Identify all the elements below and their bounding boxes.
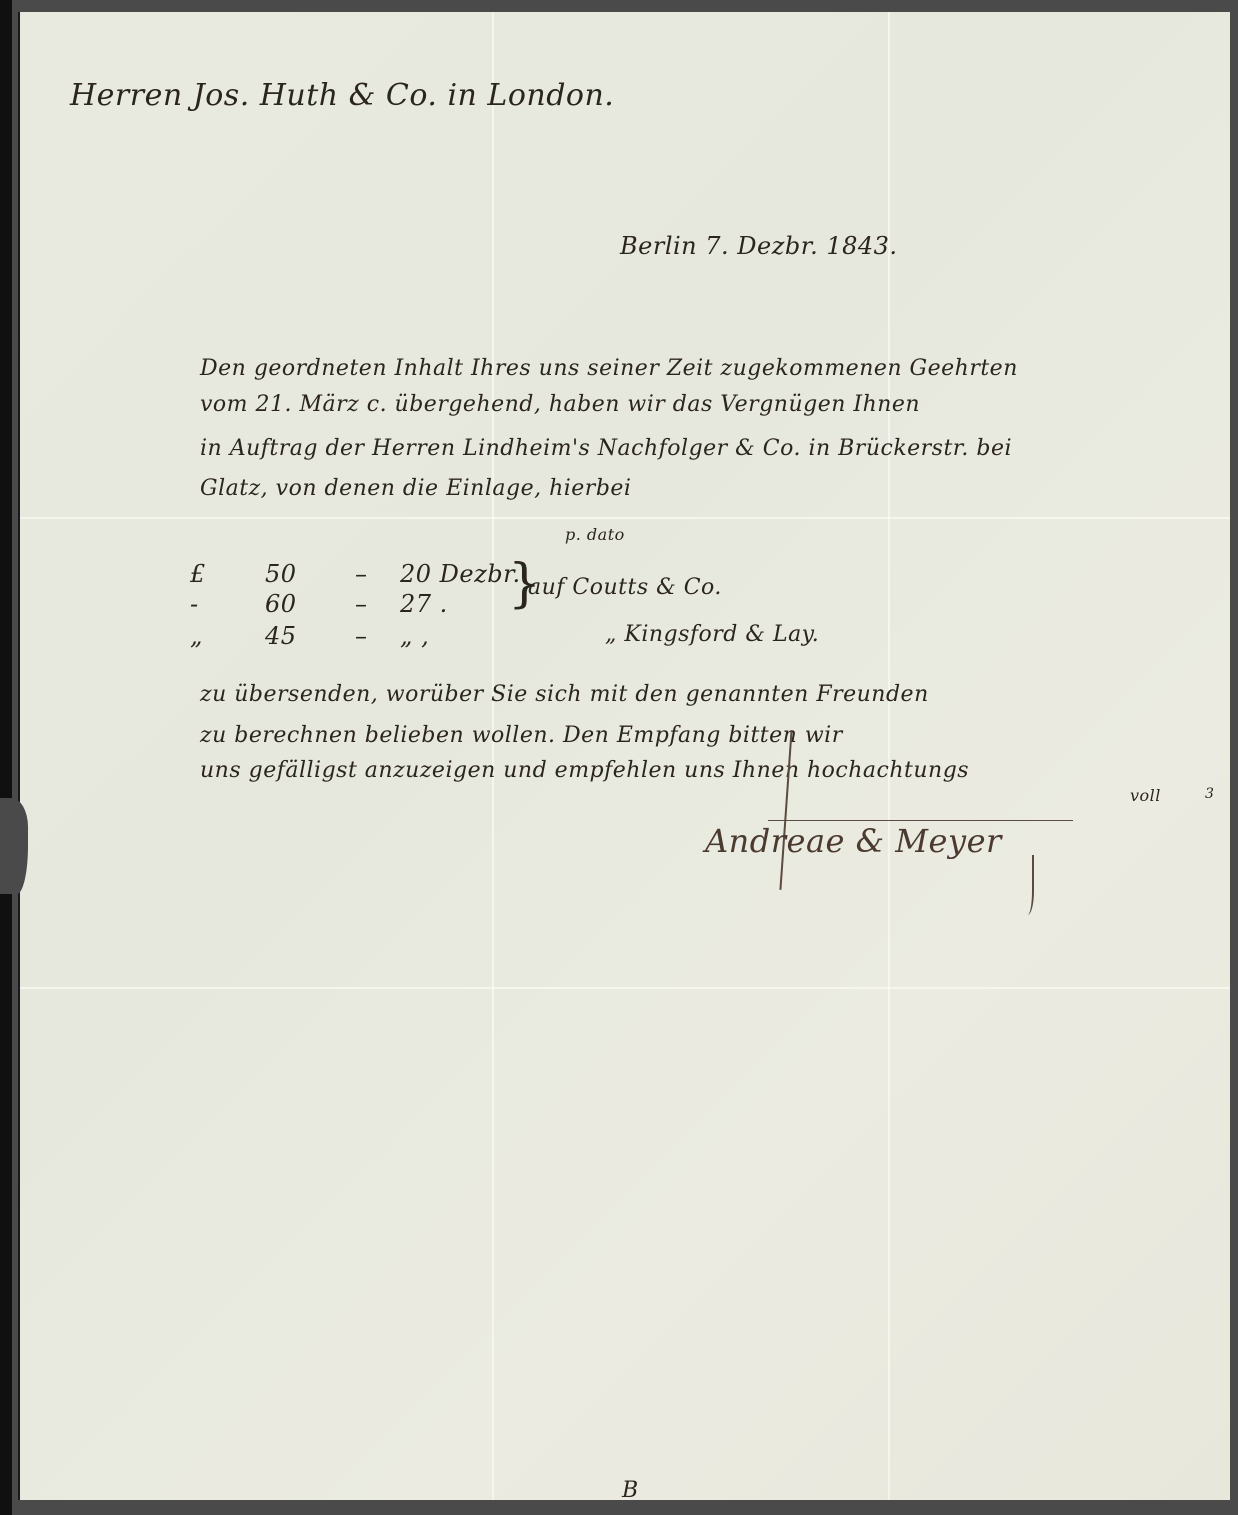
signature-descender bbox=[1018, 855, 1034, 915]
closing-line-1: zu übersenden, worüber Sie sich mit den … bbox=[200, 682, 929, 707]
scan-border-left bbox=[0, 0, 12, 1515]
bill-currency: „ bbox=[190, 622, 203, 650]
bill-date: 20 Dezbr. bbox=[400, 560, 521, 588]
recipient-address: Herren Jos. Huth & Co. in London. bbox=[70, 78, 614, 113]
body-line-3: in Auftrag der Herren Lindheim's Nachfol… bbox=[200, 436, 1012, 461]
bill-amount: 60 bbox=[265, 590, 297, 618]
torn-edge bbox=[0, 798, 28, 894]
bill-dash: – bbox=[355, 560, 368, 588]
body-line-2: vom 21. März c. übergehend, haben wir da… bbox=[200, 392, 920, 417]
body-line-4: Glatz, von denen die Einlage, hierbei bbox=[200, 476, 631, 501]
closing-end-word: voll bbox=[1130, 786, 1161, 805]
bill-date: 27 . bbox=[400, 590, 448, 618]
place-and-date: Berlin 7. Dezbr. 1843. bbox=[620, 232, 898, 260]
payee-2: „ Kingsford & Lay. bbox=[605, 622, 819, 647]
footer-mark: B bbox=[622, 1478, 639, 1503]
signature-strikeline bbox=[768, 820, 1073, 821]
bill-amount: 50 bbox=[265, 560, 297, 588]
bill-dash: – bbox=[355, 622, 368, 650]
bill-currency: - bbox=[190, 590, 199, 618]
page-number-mark: 3 bbox=[1205, 786, 1214, 802]
per-date-label: p. dato bbox=[565, 525, 625, 544]
bill-date: „ , bbox=[400, 622, 429, 650]
bill-dash: – bbox=[355, 590, 368, 618]
closing-line-2: zu berechnen belieben wollen. Den Empfan… bbox=[200, 723, 843, 748]
signature: Andreae & Meyer bbox=[705, 822, 1002, 860]
payee-1: auf Coutts & Co. bbox=[528, 575, 722, 600]
fold-line-vertical-left bbox=[492, 12, 494, 1500]
body-line-1: Den geordneten Inhalt Ihres uns seiner Z… bbox=[200, 356, 1018, 381]
fold-line-horizontal-lower bbox=[20, 987, 1230, 989]
bill-currency: £ bbox=[190, 560, 206, 588]
bill-amount: 45 bbox=[265, 622, 297, 650]
closing-line-3: uns gefälligst anzuzeigen und empfehlen … bbox=[200, 758, 969, 783]
fold-line-horizontal-upper bbox=[20, 517, 1230, 519]
